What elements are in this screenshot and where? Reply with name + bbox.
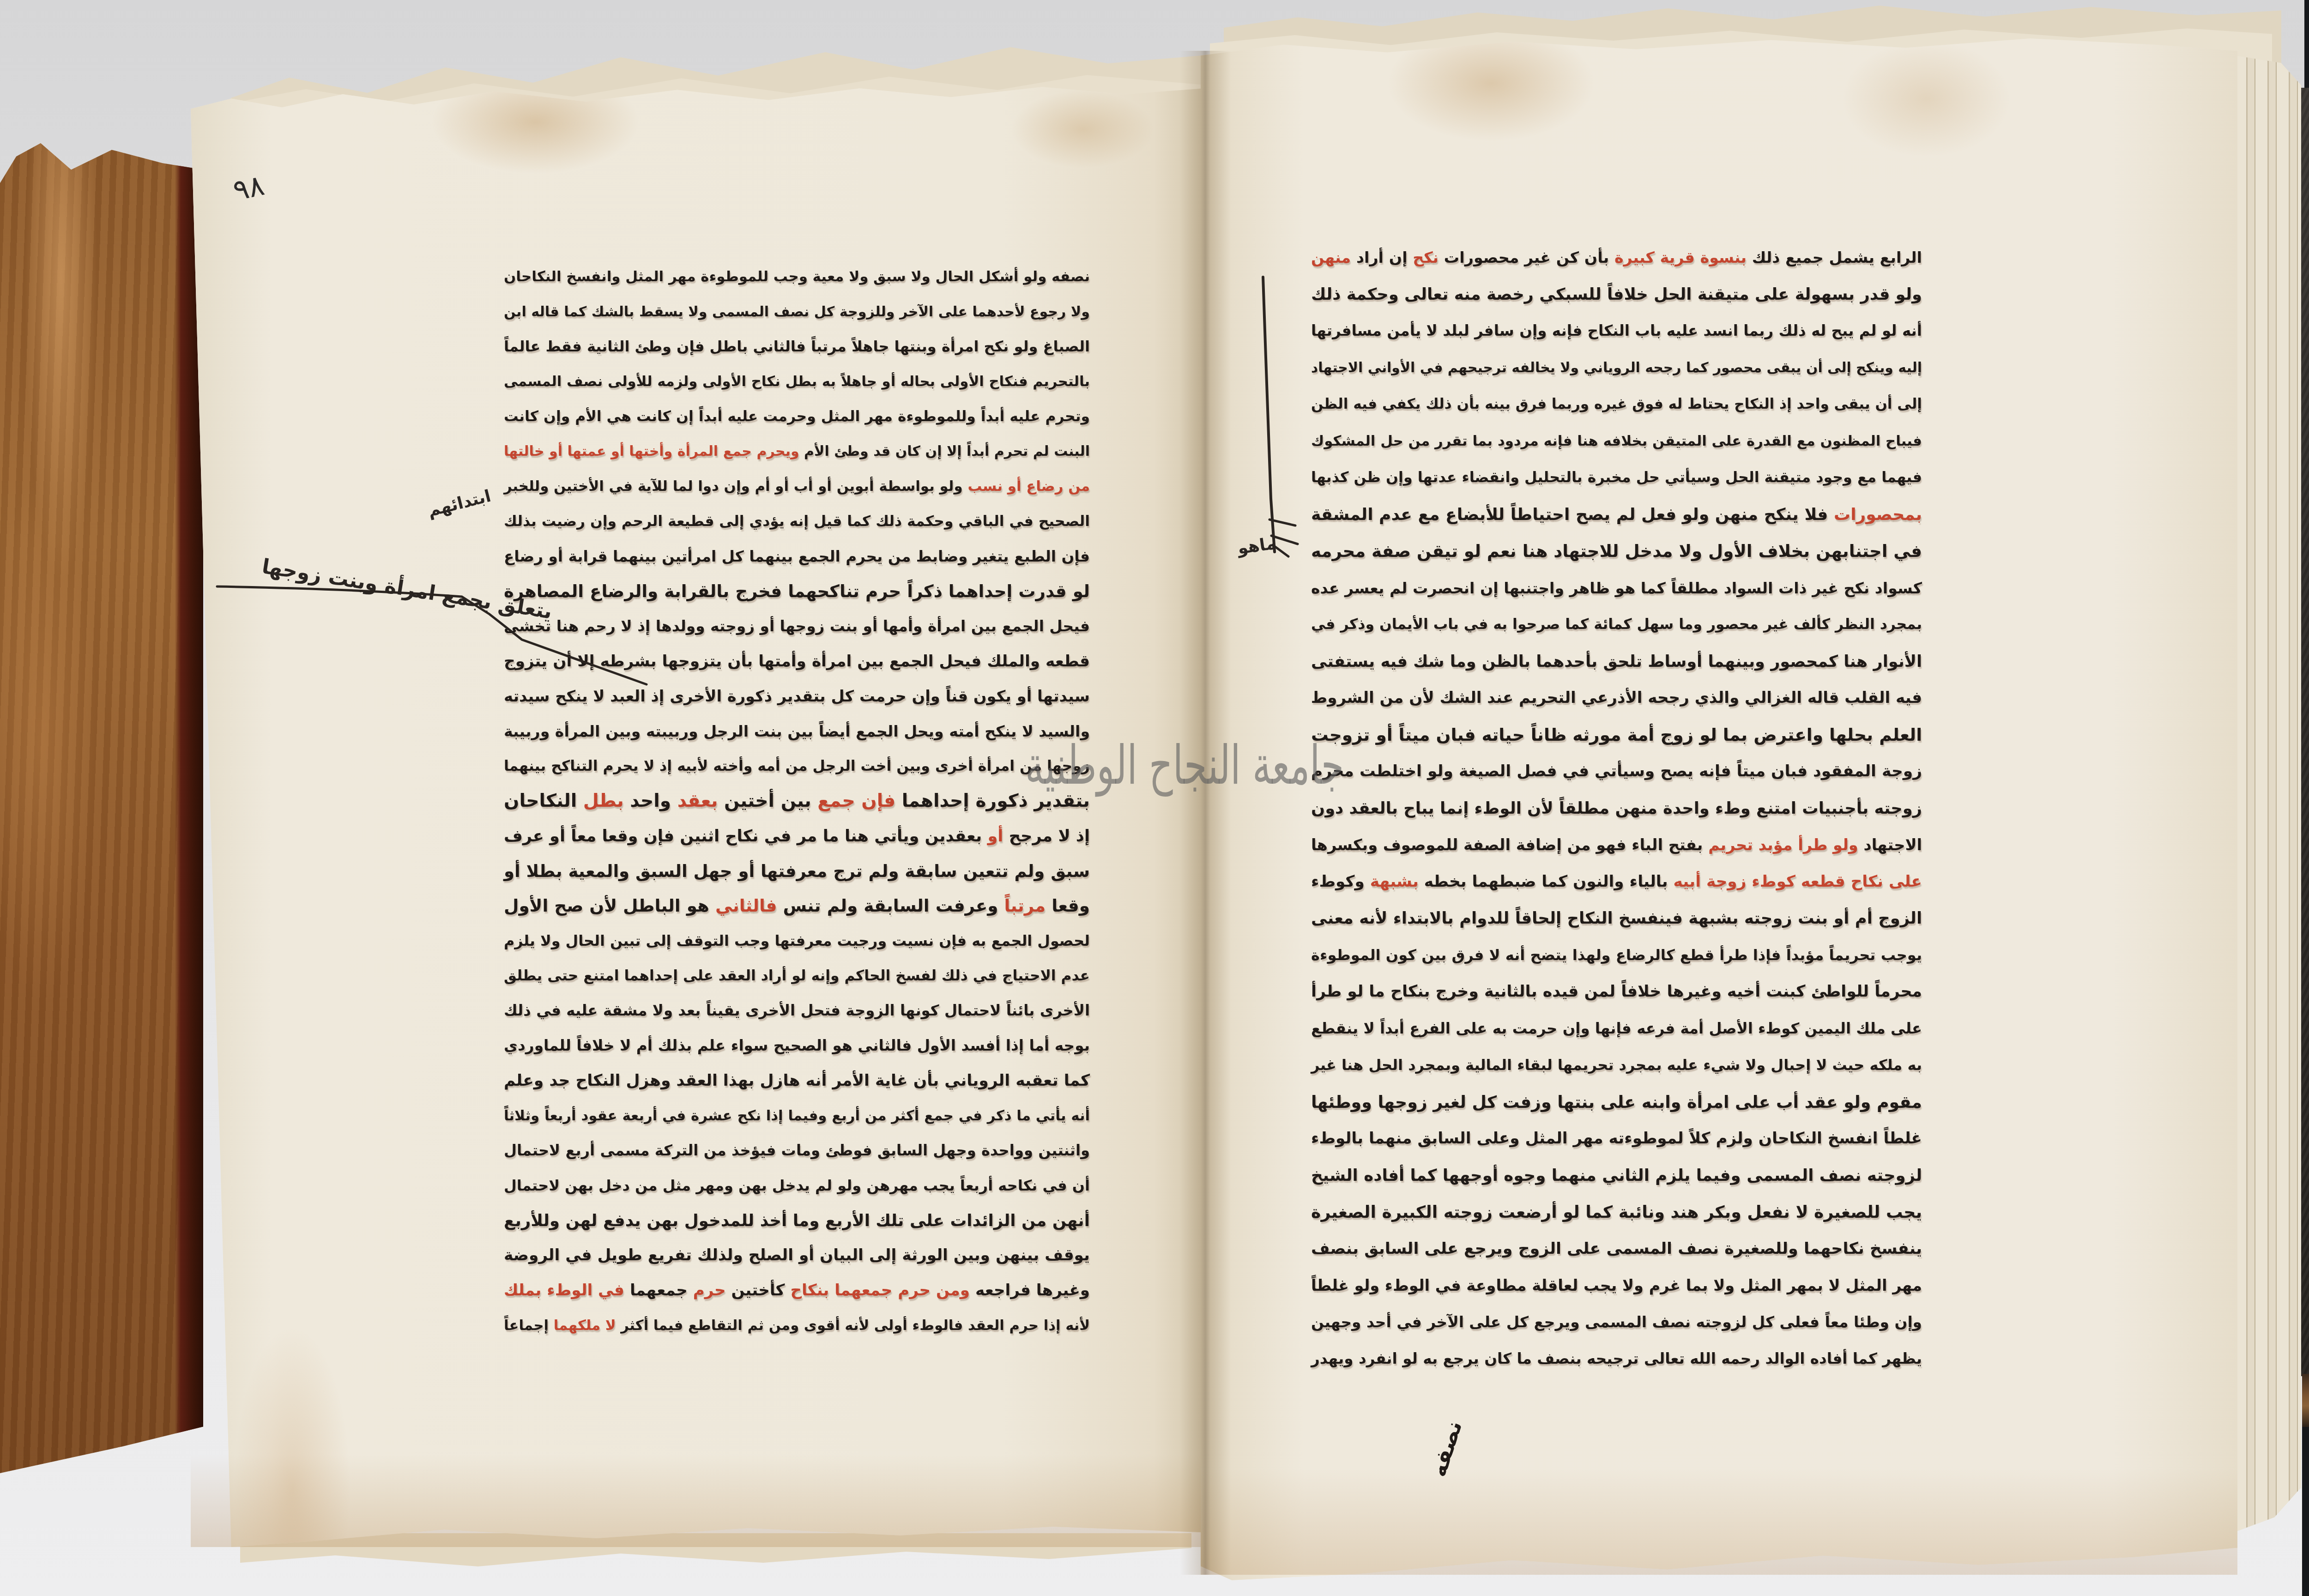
manuscript-line: لأنه إذا حرم العقد فالوطء أولى لأنه أقوى… — [504, 1308, 1090, 1343]
manuscript-line: يجب للصغيرة لا نفعل وبكر هند ونائبة كما … — [1311, 1194, 1922, 1231]
manuscript-line: غلطاً انفسخ النكاحان ولزم كلاً لموطوءته … — [1311, 1120, 1922, 1157]
right-cover-bottom-edge — [2302, 1374, 2309, 1427]
manuscript-line: فيحل الجمع بين امرأة وأمها أو بنت زوجها … — [504, 609, 1090, 644]
body-text: بفتح الباء فهو من إضافة الصفة للموصوف وب… — [1311, 836, 1708, 854]
manuscript-line: من رضاع أو نسب ولو بواسطة أبوين أو أب أو… — [504, 469, 1090, 504]
library-watermark: جامعة النجاح الوطنية — [1023, 734, 1346, 828]
manuscript-line: مقوم ولو عقد أب على امرأة وابنه على بنته… — [1311, 1084, 1922, 1121]
manuscript-line: فيباح المظنون مع القدرة على المتيقن بخلا… — [1311, 423, 1922, 460]
manuscript-line: لزوجته نصف المسمى وفيما يلزم الثاني منهم… — [1311, 1157, 1922, 1194]
manuscript-line: أنهن من الزائدات على تلك الأربع وما أخذ … — [504, 1203, 1090, 1239]
body-text: غلطاً انفسخ النكاحان ولزم كلاً لموطوءته … — [1311, 1129, 1922, 1148]
body-text: الاجتهاد — [1858, 836, 1922, 854]
manuscript-line: زوجة المفقود فبان ميتاً فإنه يصح وسيأتي … — [1311, 753, 1922, 790]
body-text: لحصول الجمع به فإن نسيت ورجيت معرفتها وج… — [504, 932, 1090, 949]
rubric-text: فإن جمع — [817, 791, 895, 811]
manuscript-line: سيدتها أو يكون قناً وإن حرمت كل بتقدير ذ… — [504, 679, 1090, 714]
rubric-text: من رضاع أو نسب — [967, 478, 1090, 495]
body-text: ينفسخ نكاحهما وللصغيرة نصف المسمى على ال… — [1311, 1239, 1922, 1258]
rubric-text: بشبهة — [1370, 872, 1419, 891]
rubric-text: بمحصورات — [1834, 505, 1922, 524]
body-text: البنت لم تحرم أبداً إلا إن كان قد وطئ ال… — [799, 443, 1090, 459]
body-text: بين أختين — [718, 791, 817, 811]
manuscript-line: لو قدرت إحداهما ذكراً حرم تناكحهما فخرج … — [504, 574, 1090, 609]
body-text: فيهما مع وجود متيقنة الحل وسيأتي حل مخبر… — [1311, 469, 1922, 486]
rubric-text: نكح — [1413, 248, 1439, 266]
body-text: ولو قدر بسهولة على متيقنة الحل خلافاً لل… — [1311, 285, 1922, 304]
body-text: أنهن من الزائدات على تلك الأربع وما أخذ … — [504, 1211, 1090, 1230]
body-text: الصحيح في الباقي وحكمة ذلك كما قيل إنه ي… — [504, 513, 1090, 530]
body-text: يوجب تحريماً مؤبداً فإذا طرأ قطع كالرضاع… — [1311, 946, 1922, 964]
body-text: وكوطء — [1311, 872, 1370, 891]
rubric-text: على نكاح قطعه كوطء زوجة أبيه — [1674, 872, 1922, 891]
manuscript-line: لحصول الجمع به فإن نسيت ورجيت معرفتها وج… — [504, 924, 1090, 959]
body-text: يظهر كما أفاده الوالد رحمه الله تعالى تر… — [1311, 1350, 1922, 1367]
body-text: وإن وطئا معاً فعلى كل لزوجته نصف المسمى … — [1311, 1313, 1922, 1331]
manuscript-line: يوجب تحريماً مؤبداً فإذا طرأ قطع كالرضاع… — [1311, 937, 1922, 974]
manuscript-line: وإن وطئا معاً فعلى كل لزوجته نصف المسمى … — [1311, 1304, 1922, 1341]
manuscript-line: بالتحريم فنكاح الأولى بحاله أو جاهلاً به… — [504, 364, 1090, 399]
body-text: يوقف بينهن وبين الورثة إلى البيان أو الص… — [504, 1246, 1090, 1264]
manuscript-line: يظهر كما أفاده الوالد رحمه الله تعالى تر… — [1311, 1341, 1922, 1378]
manuscript-line: إليه وينكح إلى أن يبقى محصور كما رجحه ال… — [1311, 350, 1922, 387]
body-text: ولو بواسطة أبوين أو أب أو أم وإن دوا لما… — [504, 478, 967, 495]
manuscript-line: بمجرد النظر كألف غير محصور وما سهل كمائة… — [1311, 606, 1922, 643]
rubric-text: ومن حرم جمعهما بنكاح — [790, 1281, 970, 1300]
manuscript-line: والسيد لا ينكح أمته ويحل الجمع أيضاً بين… — [504, 714, 1090, 749]
body-text: به ملكه حيث لا إحبال ولا شيء عليه بمجرد … — [1311, 1056, 1922, 1074]
body-text: بعقدين ويأتي هنا ما مر في نكاح اثنين فإن… — [504, 827, 987, 846]
body-text: الزوج أم أو بنت زوجته بشبهة فينفسخ النكا… — [1311, 909, 1922, 928]
manuscript-line: زوجها من امرأة أخرى وبين أخت الرجل من أم… — [504, 749, 1090, 784]
rubric-text: لا ملكهما — [554, 1318, 616, 1334]
background-grid-top — [2304, 0, 2309, 90]
background-grid-bottom — [2302, 1427, 2309, 1596]
body-text: محرماً للواطئ كبنت أخيه وغيرها خلافاً لم… — [1311, 982, 1922, 1001]
body-text: إن أراد — [1351, 248, 1413, 266]
body-text: أنه لو لم يبح له ذلك ربما انسد عليه باب … — [1311, 322, 1922, 339]
body-text: لو قدرت إحداهما ذكراً حرم تناكحهما فخرج … — [504, 581, 1090, 601]
manuscript-line: ينفسخ نكاحهما وللصغيرة نصف المسمى على ال… — [1311, 1231, 1922, 1268]
body-text: قطعه والملك فيحل الجمع بين امرأة وأمتها … — [504, 652, 1090, 671]
body-text: فيباح المظنون مع القدرة على المتيقن بخلا… — [1311, 433, 1922, 449]
rubric-text: بعقد — [677, 791, 718, 811]
manuscript-line: فيه القلب قاله الغزالي والذي رجحه الأذرع… — [1311, 680, 1922, 717]
manuscript-line: كسواد نكح غير ذات السواد مطلقاً كما هو ظ… — [1311, 570, 1922, 607]
manuscript-line: فإن الطبع يتغير وضابط من يحرم الجمع بينه… — [504, 539, 1090, 574]
body-text: إلى أن يبقى واحد إذ النكاح يحتاط له فوق … — [1311, 396, 1922, 412]
body-text: مقوم ولو عقد أب على امرأة وابنه على بنته… — [1311, 1092, 1922, 1112]
right-page-edges-stack — [2234, 55, 2301, 1547]
body-text: إجماعاً — [504, 1318, 554, 1334]
body-text: مهر المثل لا بمهر المثل ولا بما غرم ولا … — [1311, 1276, 1922, 1294]
manuscript-line: الزوج أم أو بنت زوجته بشبهة فينفسخ النكا… — [1311, 900, 1922, 937]
body-text: سبق ولم تتعين سابقة ولم ترج معرفتها أو ج… — [504, 861, 1090, 881]
manuscript-line: سبق ولم تتعين سابقة ولم ترج معرفتها أو ج… — [504, 854, 1090, 889]
manuscript-line: البنت لم تحرم أبداً إلا إن كان قد وطئ ال… — [504, 434, 1090, 469]
manuscript-line: العلم بحلها واعترض بما لو زوج أمة مورثه … — [1311, 717, 1922, 754]
body-text: بأن كن غير محصورات — [1439, 248, 1614, 266]
manuscript-line: الصحيح في الباقي وحكمة ذلك كما قيل إنه ي… — [504, 504, 1090, 539]
body-text: فيحل الجمع بين امرأة وأمها أو بنت زوجها … — [504, 617, 1090, 635]
right-page-text-block: الرابع يشمل جميع ذلك بنسوة قرية كبيرة بأ… — [1311, 239, 1922, 1378]
body-text: نصفه ولو أشكل الحال ولا سبق ولا معية وجب… — [504, 268, 1090, 285]
body-text: الرابع يشمل جميع ذلك — [1747, 248, 1922, 266]
body-text: والسيد لا ينكح أمته ويحل الجمع أيضاً بين… — [504, 722, 1090, 740]
body-text: زوجة المفقود فبان ميتاً فإنه يصح وسيأتي … — [1311, 762, 1922, 780]
body-text: كما تعقبه الروياني بأن غاية الأمر أنه ها… — [504, 1071, 1090, 1090]
body-text: إليه وينكح إلى أن يبقى محصور كما رجحه ال… — [1311, 360, 1922, 376]
manuscript-line: إلى أن يبقى واحد إذ النكاح يحتاط له فوق … — [1311, 386, 1922, 423]
manuscript-line: كما تعقبه الروياني بأن غاية الأمر أنه ها… — [504, 1064, 1090, 1099]
body-text: لأنه إذا حرم العقد فالوطء أولى لأنه أقوى… — [616, 1318, 1090, 1334]
body-text: إذ لا مرجح — [1003, 827, 1090, 846]
manuscript-line: ولو قدر بسهولة على متيقنة الحل خلافاً لل… — [1311, 276, 1922, 313]
manuscript-line: على ملك اليمين كوطء الأصل أمة فرعه فإنها… — [1311, 1010, 1922, 1047]
manuscript-line: وقعا مرتباً وعرفت السابقة ولم تنس فالثان… — [504, 889, 1090, 924]
left-page-text-block: نصفه ولو أشكل الحال ولا سبق ولا معية وجب… — [504, 260, 1090, 1343]
rubric-text: حرم — [693, 1281, 726, 1300]
manuscript-line: بوجه أما إذا أفسد الأول فالثاني هو الصحي… — [504, 1028, 1090, 1064]
body-text: فإن الطبع يتغير وضابط من يحرم الجمع بينه… — [504, 548, 1090, 565]
body-text: عدم الاحتياج في ذلك لفسخ الحاكم وإنه لو … — [504, 967, 1090, 984]
manuscript-line: عدم الاحتياج في ذلك لفسخ الحاكم وإنه لو … — [504, 959, 1090, 994]
body-text: في اجتنابهن بخلاف الأول ولا مدخل للاجتها… — [1311, 541, 1922, 561]
manuscript-line: أنه لو لم يبح له ذلك ربما انسد عليه باب … — [1311, 313, 1922, 350]
manuscript-photo: ٩٨ نصفه ولو أشكل الحال ولا سبق ولا معية … — [0, 0, 2309, 1596]
rubric-text: مرتباً — [1004, 895, 1046, 916]
body-text: الصباغ ولو نكح امرأة وبنتها جاهلاً مرتبا… — [504, 338, 1090, 355]
manuscript-line: يوقف بينهن وبين الورثة إلى البيان أو الص… — [504, 1238, 1090, 1273]
body-text: يجب للصغيرة لا نفعل وبكر هند ونائبة كما … — [1311, 1202, 1922, 1222]
rubric-text: ولو طرأ مؤبد تحريم — [1708, 836, 1858, 854]
manuscript-line: على نكاح قطعه كوطء زوجة أبيه بالياء والن… — [1311, 864, 1922, 901]
manuscript-line: الأخرى بائناً لاحتمال كونها الزوجة فتحل … — [504, 993, 1090, 1028]
body-text: زوجته بأجنبيات امتنع وطء واحدة منهن مطلق… — [1311, 799, 1922, 818]
manuscript-line: به ملكه حيث لا إحبال ولا شيء عليه بمجرد … — [1311, 1047, 1922, 1084]
manuscript-line: زوجته بأجنبيات امتنع وطء واحدة منهن مطلق… — [1311, 790, 1922, 827]
body-text: بوجه أما إذا أفسد الأول فالثاني هو الصحي… — [504, 1037, 1090, 1054]
body-text: الأخرى بائناً لاحتمال كونها الزوجة فتحل … — [504, 1002, 1090, 1019]
manuscript-line: قطعه والملك فيحل الجمع بين امرأة وأمتها … — [504, 644, 1090, 679]
body-text: كأختين — [726, 1281, 791, 1300]
body-text: وغيرها فراجعه — [970, 1281, 1090, 1300]
rubric-text: بطل — [583, 791, 624, 811]
body-text: وقعا — [1046, 895, 1090, 916]
left-page-stain — [191, 1455, 1204, 1547]
manuscript-line: فيهما مع وجود متيقنة الحل وسيأتي حل مخبر… — [1311, 459, 1922, 496]
manuscript-line: وتحرم عليه أبداً وللموطوءة مهر المثل وحر… — [504, 399, 1090, 435]
manuscript-line: الرابع يشمل جميع ذلك بنسوة قرية كبيرة بأ… — [1311, 239, 1922, 276]
body-text: واثنتين وواحدة وجهل السابق فوطئ ومات فيؤ… — [504, 1142, 1090, 1159]
rubric-text: منهن — [1311, 248, 1351, 266]
right-page-stain — [1201, 1469, 2237, 1575]
manuscript-line: أن في نكاحه أربعاً يجب مهرهن ولو لم يدخل… — [504, 1168, 1090, 1203]
body-text: زوجها من امرأة أخرى وبين أخت الرجل من أم… — [504, 758, 1090, 774]
manuscript-line: مهر المثل لا بمهر المثل ولا بما غرم ولا … — [1311, 1267, 1922, 1304]
body-text: وعرفت السابقة ولم تنس — [777, 895, 1004, 916]
manuscript-line: الاجتهاد ولو طرأ مؤبد تحريم بفتح الباء ف… — [1311, 827, 1922, 864]
manuscript-line: واثنتين وواحدة وجهل السابق فوطئ ومات فيؤ… — [504, 1133, 1090, 1168]
body-text: فلا ينكح منهن ولو فعل لم يصح احتياطاً لل… — [1311, 505, 1834, 524]
rubric-text: فالثاني — [715, 895, 777, 916]
manuscript-line: أنه يأتي ما ذكر في جمع أكثر من أربع وفيم… — [504, 1099, 1090, 1134]
rubric-text: ويحرم جمع المرأة وأختها أو عمتها أو خالت… — [504, 443, 799, 459]
body-text: ولا رجوع لأحدهما على الآخر وللزوجة كل نص… — [504, 304, 1090, 320]
manuscript-line: وغيرها فراجعه ومن حرم جمعهما بنكاح كأختي… — [504, 1273, 1090, 1308]
manuscript-line: في اجتنابهن بخلاف الأول ولا مدخل للاجتها… — [1311, 533, 1922, 570]
manuscript-line: الأنوار هنا كمحصور وبينهما أوساط تلحق بأ… — [1311, 643, 1922, 680]
body-text: واحد — [624, 791, 677, 811]
body-text: جمعهما — [624, 1281, 693, 1300]
body-text: بالياء والنون كما ضبطهما بخطه — [1419, 872, 1674, 891]
right-dark-cover — [2301, 88, 2309, 1376]
rubric-text: في الوطء بملك — [504, 1281, 624, 1300]
body-text: أنه يأتي ما ذكر في جمع أكثر من أربع وفيم… — [504, 1107, 1090, 1124]
body-text: سيدتها أو يكون قناً وإن حرمت كل بتقدير ذ… — [504, 687, 1090, 705]
body-text: بالتحريم فنكاح الأولى بحاله أو جاهلاً به… — [504, 374, 1090, 390]
manuscript-line: الصباغ ولو نكح امرأة وبنتها جاهلاً مرتبا… — [504, 329, 1090, 364]
body-text: أن في نكاحه أربعاً يجب مهرهن ولو لم يدخل… — [504, 1177, 1090, 1194]
body-text: العلم بحلها واعترض بما لو زوج أمة مورثه … — [1311, 725, 1922, 745]
manuscript-line: محرماً للواطئ كبنت أخيه وغيرها خلافاً لم… — [1311, 973, 1922, 1010]
rubric-text: أو — [987, 827, 1003, 846]
manuscript-line: ولا رجوع لأحدهما على الآخر وللزوجة كل نص… — [504, 295, 1090, 330]
body-text: فيه القلب قاله الغزالي والذي رجحه الأذرع… — [1311, 689, 1922, 707]
body-text: هو الباطل لأن صح الأول — [504, 895, 715, 916]
manuscript-line: إذ لا مرجح أو بعقدين ويأتي هنا ما مر في … — [504, 819, 1090, 854]
body-text: كسواد نكح غير ذات السواد مطلقاً كما هو ظ… — [1311, 579, 1922, 597]
body-text: على ملك اليمين كوطء الأصل أمة فرعه فإنها… — [1311, 1020, 1922, 1037]
manuscript-line: بتقدير ذكورة إحداهما فإن جمع بين أختين ب… — [504, 784, 1090, 819]
body-text: النكاحان — [504, 791, 583, 811]
manuscript-line: نصفه ولو أشكل الحال ولا سبق ولا معية وجب… — [504, 260, 1090, 295]
body-text: الأنوار هنا كمحصور وبينهما أوساط تلحق بأ… — [1311, 652, 1922, 671]
body-text: بمجرد النظر كألف غير محصور وما سهل كمائة… — [1311, 616, 1922, 633]
body-text: لزوجته نصف المسمى وفيما يلزم الثاني منهم… — [1311, 1166, 1922, 1185]
left-leather-cover — [0, 143, 203, 1473]
body-text: وتحرم عليه أبداً وللموطوءة مهر المثل وحر… — [504, 408, 1090, 425]
manuscript-line: بمحصورات فلا ينكح منهن ولو فعل لم يصح اح… — [1311, 496, 1922, 533]
rubric-text: بنسوة قرية كبيرة — [1614, 248, 1747, 266]
